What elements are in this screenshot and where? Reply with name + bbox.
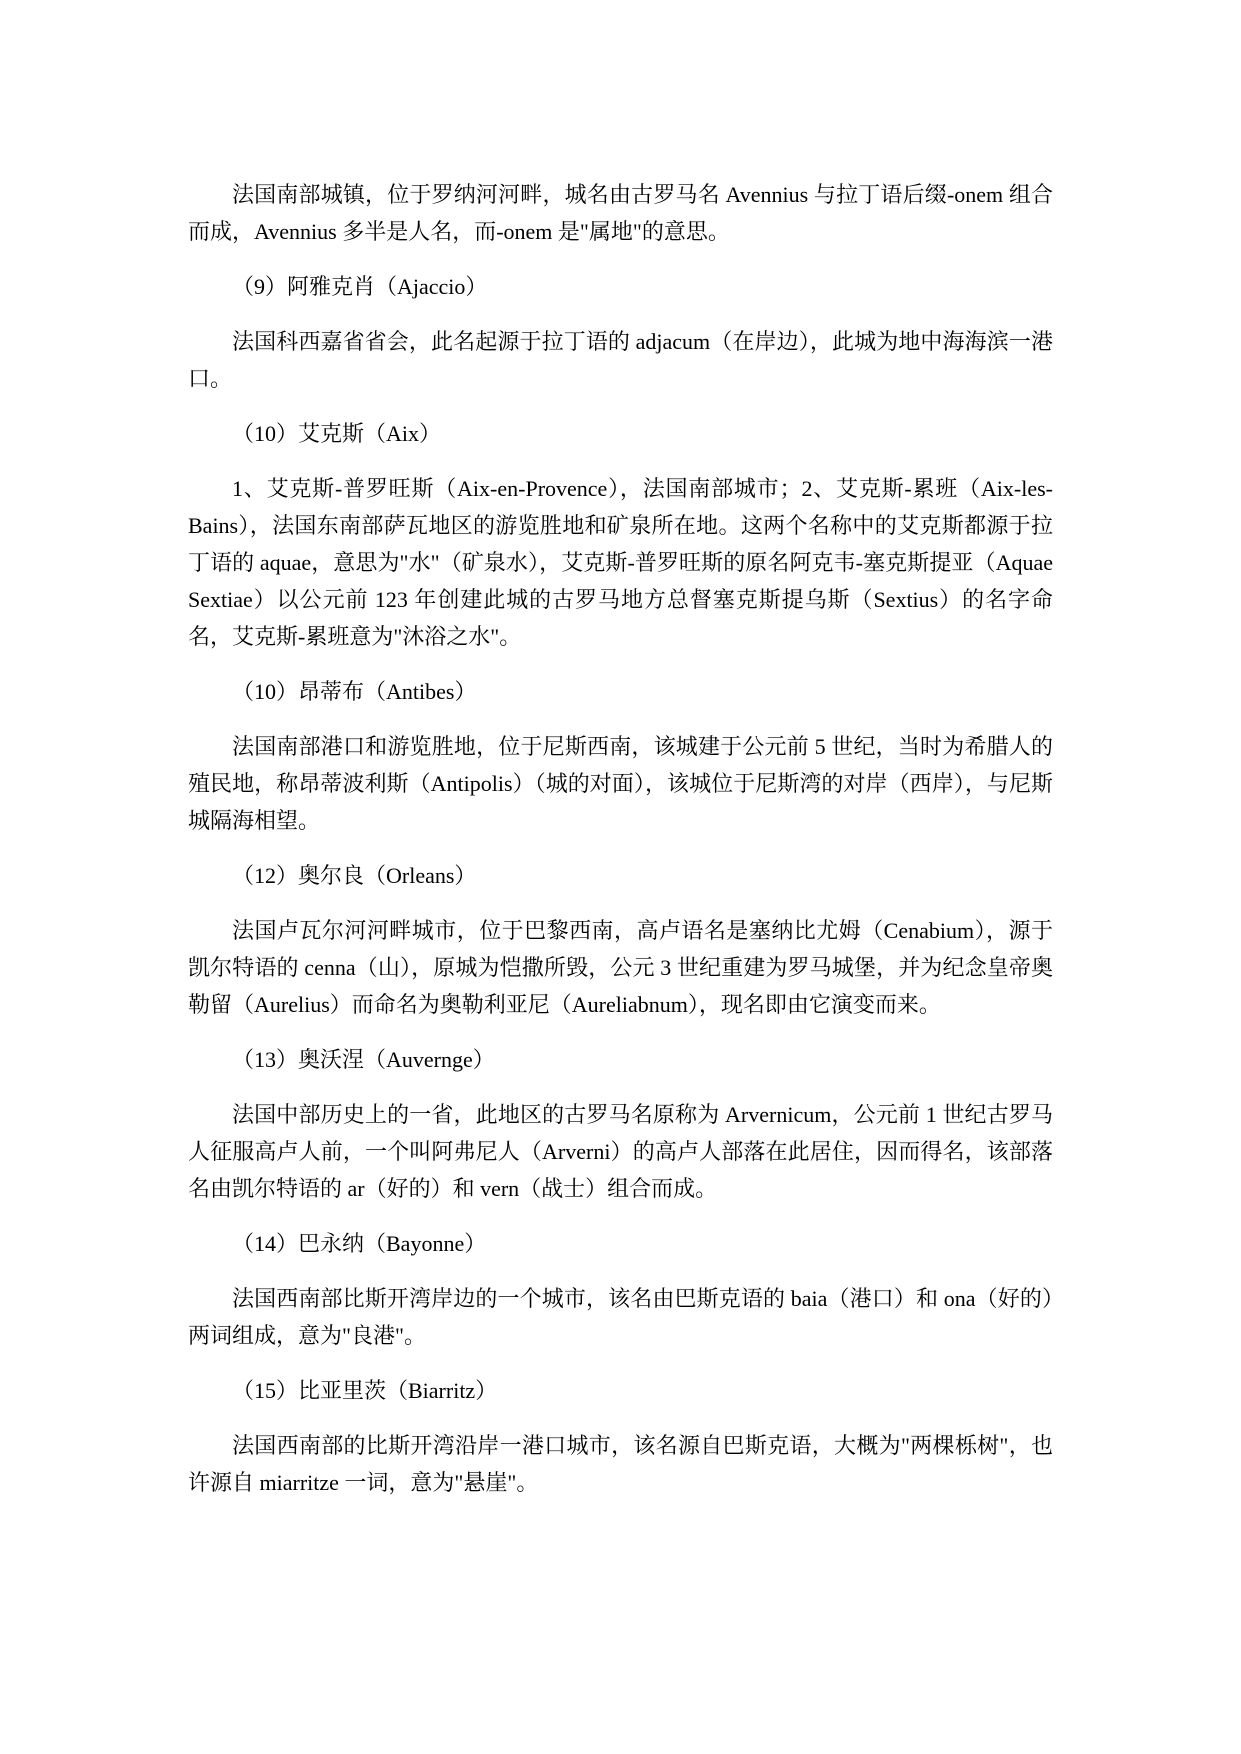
heading-aix: （10）艾克斯（Aix）: [188, 415, 1053, 452]
heading-antibes: （10）昂蒂布（Antibes）: [188, 673, 1053, 710]
paragraph-orleans: 法国卢瓦尔河河畔城市，位于巴黎西南，高卢语名是塞纳比尤姆（Cenabium），源…: [188, 912, 1053, 1023]
heading-biarritz: （15）比亚里茨（Biarritz）: [188, 1372, 1053, 1409]
paragraph-avignon: 法国南部城镇，位于罗纳河河畔，城名由古罗马名 Avennius 与拉丁语后缀-o…: [188, 176, 1053, 250]
paragraph-biarritz: 法国西南部的比斯开湾沿岸一港口城市，该名源自巴斯克语，大概为"两棵栎树"，也许源…: [188, 1427, 1053, 1501]
heading-bayonne: （14）巴永纳（Bayonne）: [188, 1225, 1053, 1262]
heading-auvergne: （13）奥沃涅（Auvernge）: [188, 1041, 1053, 1078]
paragraph-auvergne: 法国中部历史上的一省，此地区的古罗马名原称为 Arvernicum，公元前 1 …: [188, 1096, 1053, 1207]
document-page: 法国南部城镇，位于罗纳河河畔，城名由古罗马名 Avennius 与拉丁语后缀-o…: [0, 0, 1241, 1754]
paragraph-aix: 1、艾克斯-普罗旺斯（Aix-en-Provence），法国南部城市；2、艾克斯…: [188, 470, 1053, 655]
paragraph-ajaccio: 法国科西嘉省省会，此名起源于拉丁语的 adjacum（在岸边），此城为地中海海滨…: [188, 323, 1053, 397]
paragraph-bayonne: 法国西南部比斯开湾岸边的一个城市，该名由巴斯克语的 baia（港口）和 ona（…: [188, 1280, 1053, 1354]
heading-ajaccio: （9）阿雅克肖（Ajaccio）: [188, 268, 1053, 305]
paragraph-antibes: 法国南部港口和游览胜地，位于尼斯西南，该城建于公元前 5 世纪，当时为希腊人的殖…: [188, 728, 1053, 839]
heading-orleans: （12）奥尔良（Orleans）: [188, 857, 1053, 894]
